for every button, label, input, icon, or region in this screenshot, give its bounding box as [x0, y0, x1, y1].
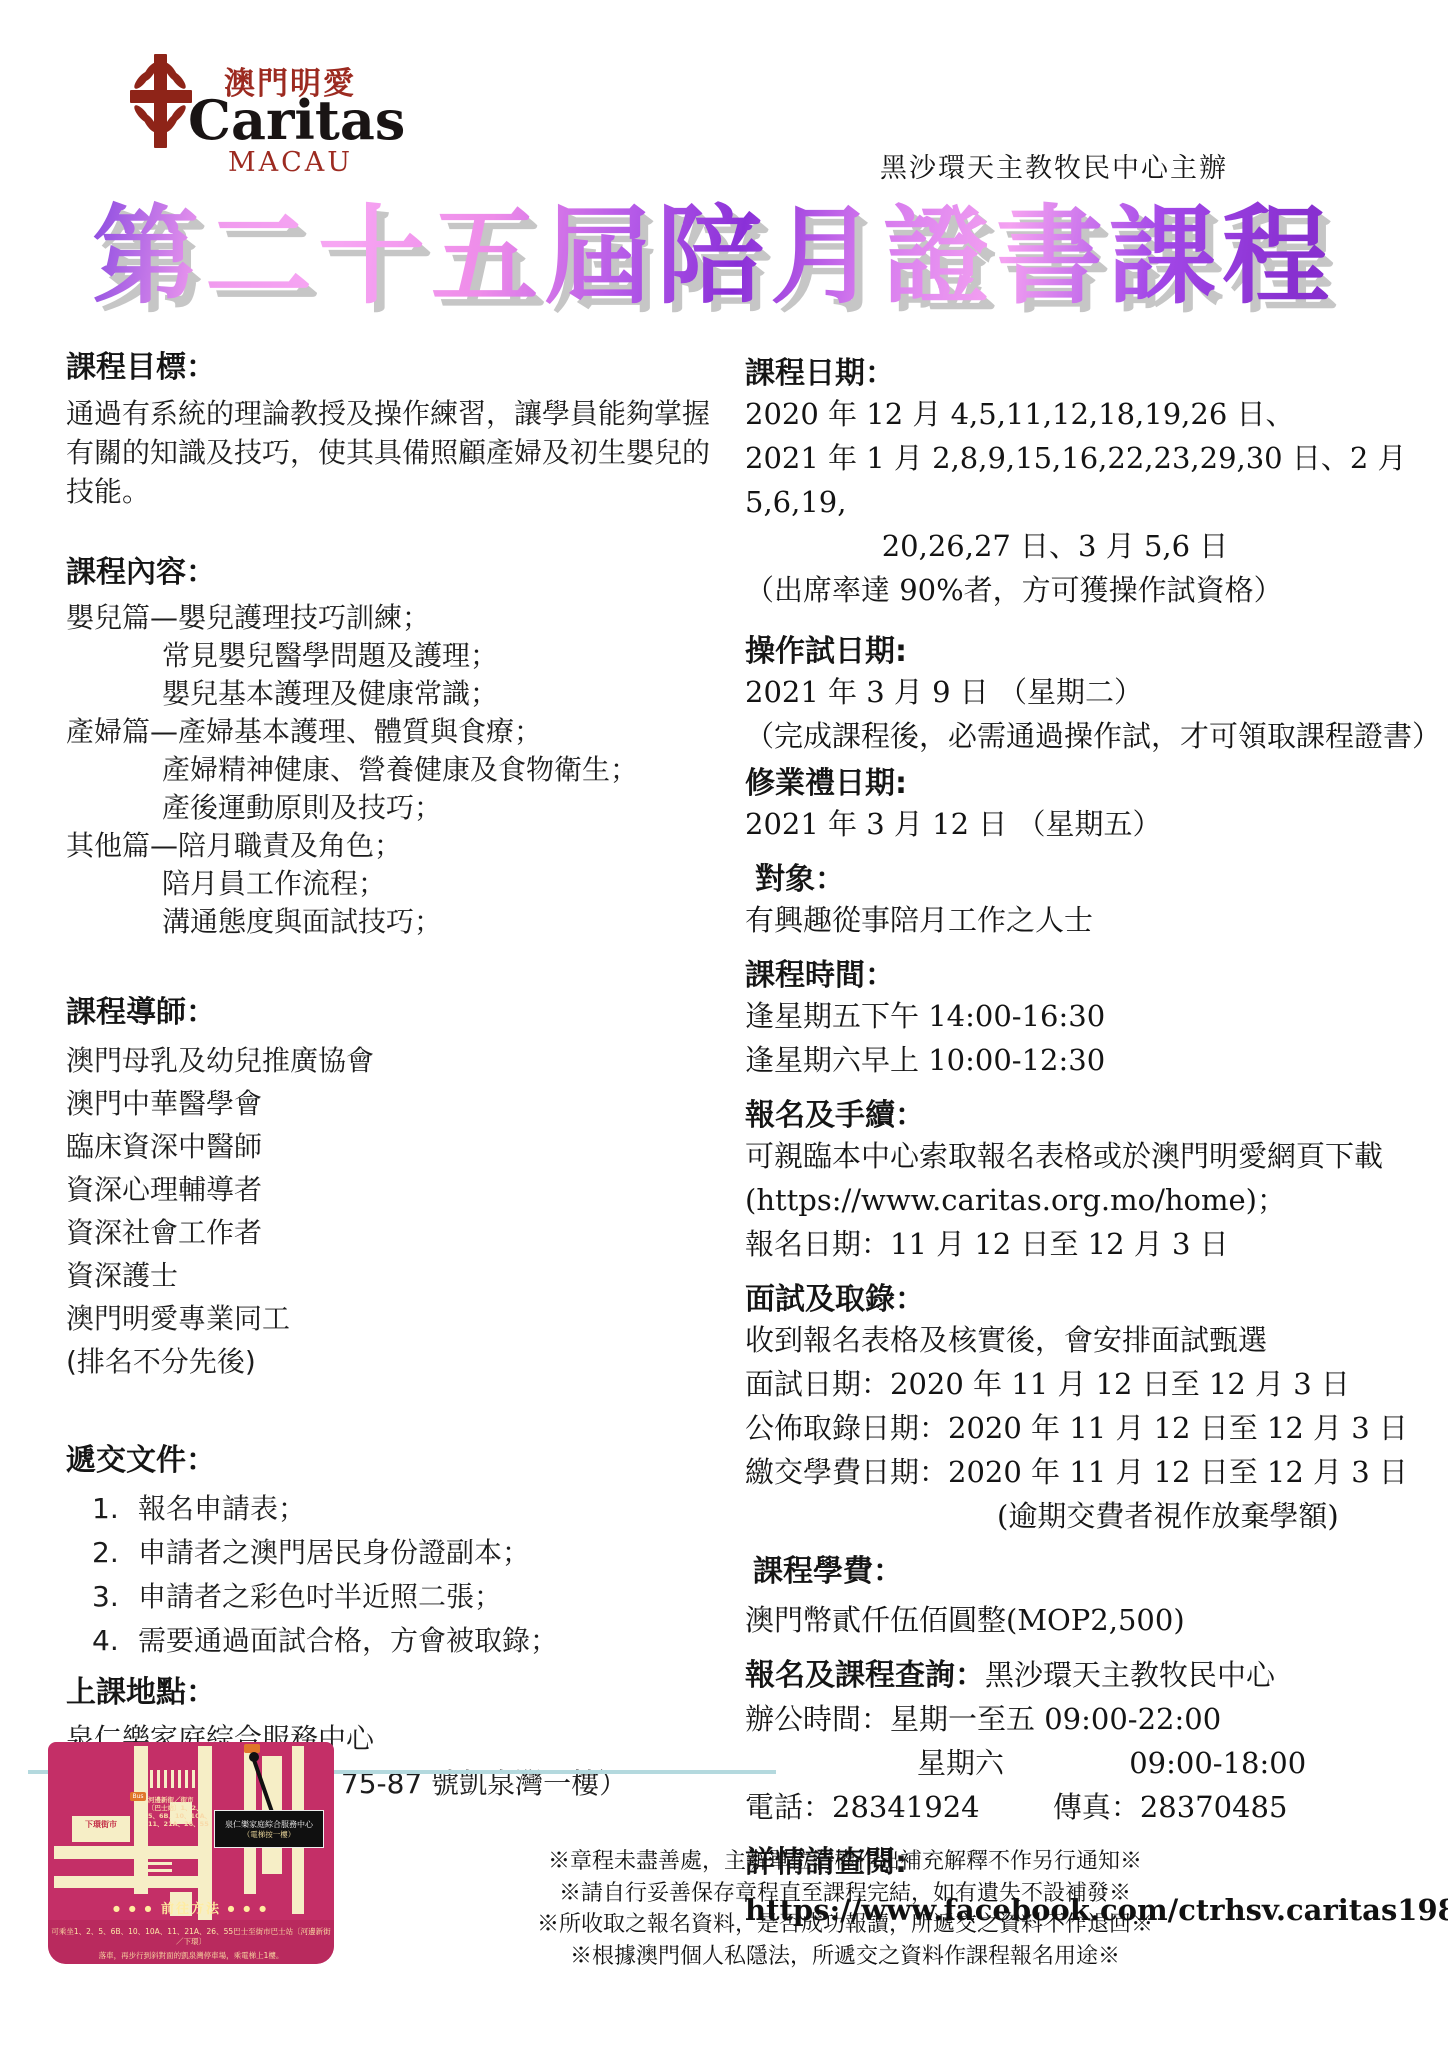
tutor-item: 資深護士: [66, 1254, 716, 1297]
content-line: 常見嬰兒醫學問題及護理；: [66, 637, 716, 675]
target-text: 有興趣從事陪月工作之人士: [745, 898, 1433, 942]
admission-announce-date: 公佈取錄日期：2020 年 11 月 12 日至 12 月 3 日: [745, 1406, 1433, 1450]
document-number: 4.: [66, 1619, 138, 1663]
time-heading: 課程時間：: [745, 950, 1433, 994]
fee-heading: 課程學費：: [753, 1546, 1433, 1590]
content-line: 嬰兒篇—嬰兒護理技巧訓練；: [66, 599, 716, 637]
organizer-line: 黑沙環天主教牧民中心主辦: [880, 146, 1228, 185]
late-payment-note: (逾期交費者視作放棄學額): [745, 1494, 1433, 1538]
caption-text: 前往方法: [161, 1902, 221, 1917]
course-title-text: 第二十五屆陪月證書課程: [92, 192, 1335, 322]
venue-heading: 上課地點：: [66, 1667, 716, 1711]
dates-line: 20,26,27 日、3 月 5,6 日: [745, 524, 1365, 568]
enroll-deadline: 報名日期：11 月 12 日至 12 月 3 日: [745, 1222, 1433, 1266]
dates-line: 2021 年 1 月 2,8,9,15,16,22,23,29,30 日、2 月…: [745, 436, 1433, 524]
contact-value: 黑沙環天主教牧民中心: [985, 1658, 1275, 1692]
tutor-item: 澳門明愛專業同工: [66, 1297, 716, 1340]
tutor-item: 澳門母乳及幼兒推廣協會: [66, 1039, 716, 1082]
enroll-heading: 報名及手續：: [745, 1090, 1433, 1134]
dates-note: （出席率達 90%者，方可獲操作試資格）: [745, 568, 1433, 612]
tutor-item: 資深社會工作者: [66, 1211, 716, 1254]
caritas-cross-logo: [128, 52, 194, 152]
phone-number: 電話：28341924: [745, 1790, 980, 1824]
document-number: 2.: [66, 1531, 138, 1575]
content-line: 產婦精神健康、營養健康及食物衛生；: [66, 751, 716, 789]
center-location-label: 泉仁樂家庭綜合服務中心 （電梯按一樓）: [214, 1810, 324, 1848]
caption-dots: ● ● ●: [113, 1904, 155, 1913]
practical-exam-date: 2021 年 3 月 9 日 （星期二）: [745, 670, 1433, 714]
caption-dots: ● ● ●: [228, 1904, 270, 1913]
footer-note-line: ※根據澳門個人私隱法，所遞交之資料作課程報名用途※: [290, 1941, 1400, 1973]
right-column: 課程日期： 2020 年 12 月 4,5,11,12,18,19,26 日、 …: [745, 348, 1433, 1927]
flyer-page: 澳門明愛 Caritas MACAU 黑沙環天主教牧民中心主辦 第二十五屆陪月證…: [0, 0, 1448, 2047]
goal-text: 通過有系統的理論教授及操作練習，讓學員能夠掌握有關的知識及技巧，使其具備照顧產婦…: [66, 394, 716, 511]
ceremony-heading: 修業禮日期:: [745, 758, 1433, 802]
left-column: 課程目標： 通過有系統的理論教授及操作練習，讓學員能夠掌握有關的知識及技巧，使其…: [66, 342, 716, 1803]
document-text: 申請者之澳門居民身份證副本；: [138, 1531, 530, 1575]
document-number: 1.: [66, 1487, 138, 1531]
office-hours-time: 09:00-18:00: [1129, 1746, 1306, 1780]
office-hours-line2: 星期六 09:00-18:00: [745, 1741, 1433, 1785]
footer-note-line: ※章程未盡善處，主辦單位有權作出補充解釋不作另行通知※: [290, 1846, 1400, 1878]
practical-exam-heading: 操作試日期:: [745, 626, 1433, 670]
tutors-heading: 課程導師：: [66, 987, 716, 1031]
content-line: 其他篇—陪月職責及角色；: [66, 827, 716, 865]
dates-line: 2020 年 12 月 4,5,11,12,18,19,26 日、: [745, 392, 1433, 436]
time-line: 逢星期五下午 14:00-16:30: [745, 994, 1433, 1038]
document-item: 3. 申請者之彩色吋半近照二張；: [66, 1575, 716, 1619]
document-item: 2. 申請者之澳門居民身份證副本；: [66, 1531, 716, 1575]
document-number: 3.: [66, 1575, 138, 1619]
office-hours-line1: 辦公時間：星期一至五 09:00-22:00: [745, 1697, 1433, 1741]
document-text: 需要通過面試合格，方會被取錄；: [138, 1619, 558, 1663]
interview-heading: 面試及取錄：: [745, 1274, 1433, 1318]
org-region: MACAU: [228, 147, 353, 178]
dates-heading: 課程日期：: [745, 348, 1433, 392]
goal-heading: 課程目標：: [66, 342, 716, 386]
ceremony-date: 2021 年 3 月 12 日 （星期五）: [745, 802, 1433, 846]
tutor-item: (排名不分先後): [66, 1340, 716, 1383]
cross-icon: [128, 52, 194, 152]
document-text: 報名申請表；: [138, 1487, 306, 1531]
enroll-line: 可親臨本中心索取報名表格或於澳門明愛網頁下載: [745, 1134, 1433, 1178]
fee-payment-date: 繳交學費日期：2020 年 11 月 12 日至 12 月 3 日: [745, 1450, 1433, 1494]
content-heading: 課程內容：: [66, 547, 716, 591]
tutor-item: 澳門中華醫學會: [66, 1082, 716, 1125]
footer-note-line: ※所收取之報名資料，是否成功報讀，所遞交之資料不作退回※: [290, 1909, 1400, 1941]
document-item: 1. 報名申請表；: [66, 1487, 716, 1531]
document-item: 4. 需要通過面試合格，方會被取錄；: [66, 1619, 716, 1663]
documents-heading: 遞交文件：: [66, 1435, 716, 1479]
interview-date: 面試日期：2020 年 11 月 12 日至 12 月 3 日: [745, 1362, 1433, 1406]
footer-notes: ※章程未盡善處，主辦單位有權作出補充解釋不作另行通知※ ※請自行妥善保存章程直至…: [290, 1846, 1400, 1972]
course-title: 第二十五屆陪月證書課程 第二十五屆陪月證書課程: [92, 192, 1412, 332]
contact-heading: 報名及課程查詢：: [745, 1658, 985, 1693]
interview-line: 收到報名表格及核實後，會安排面試甄選: [745, 1318, 1433, 1362]
phone-fax-line: 電話：28341924 傳真：28370485: [745, 1785, 1433, 1829]
target-heading: 對象：: [755, 854, 1433, 898]
content-line: 產婦篇—產婦基本護理、體質與食療；: [66, 713, 716, 751]
tutor-item: 臨床資深中醫師: [66, 1125, 716, 1168]
time-line: 逢星期六早上 10:00-12:30: [745, 1038, 1433, 1082]
content-line: 陪月員工作流程；: [66, 865, 716, 903]
tutor-item: 資深心理輔導者: [66, 1168, 716, 1211]
fax-number: 傳真：28370485: [1053, 1790, 1288, 1824]
practical-exam-note: （完成課程後，必需通過操作試，才可領取課程證書）: [745, 714, 1433, 758]
org-name-english: Caritas: [188, 88, 405, 152]
document-text: 申請者之彩色吋半近照二張；: [138, 1575, 502, 1619]
office-hours-day: 星期六: [917, 1746, 1004, 1780]
footer-note-line: ※請自行妥善保存章程直至課程完結，如有遺失不設補發※: [290, 1878, 1400, 1910]
caritas-website-link[interactable]: (https://www.caritas.org.mo/home)；: [745, 1178, 1433, 1222]
content-line: 溝通態度與面試技巧；: [66, 903, 716, 941]
content-line: 產後運動原則及技巧；: [66, 789, 716, 827]
contact-line: 報名及課程查詢：黑沙環天主教牧民中心: [745, 1650, 1433, 1697]
content-line: 嬰兒基本護理及健康常識；: [66, 675, 716, 713]
fee-text: 澳門幣貳仟伍佰圓整(MOP2,500): [745, 1598, 1433, 1642]
